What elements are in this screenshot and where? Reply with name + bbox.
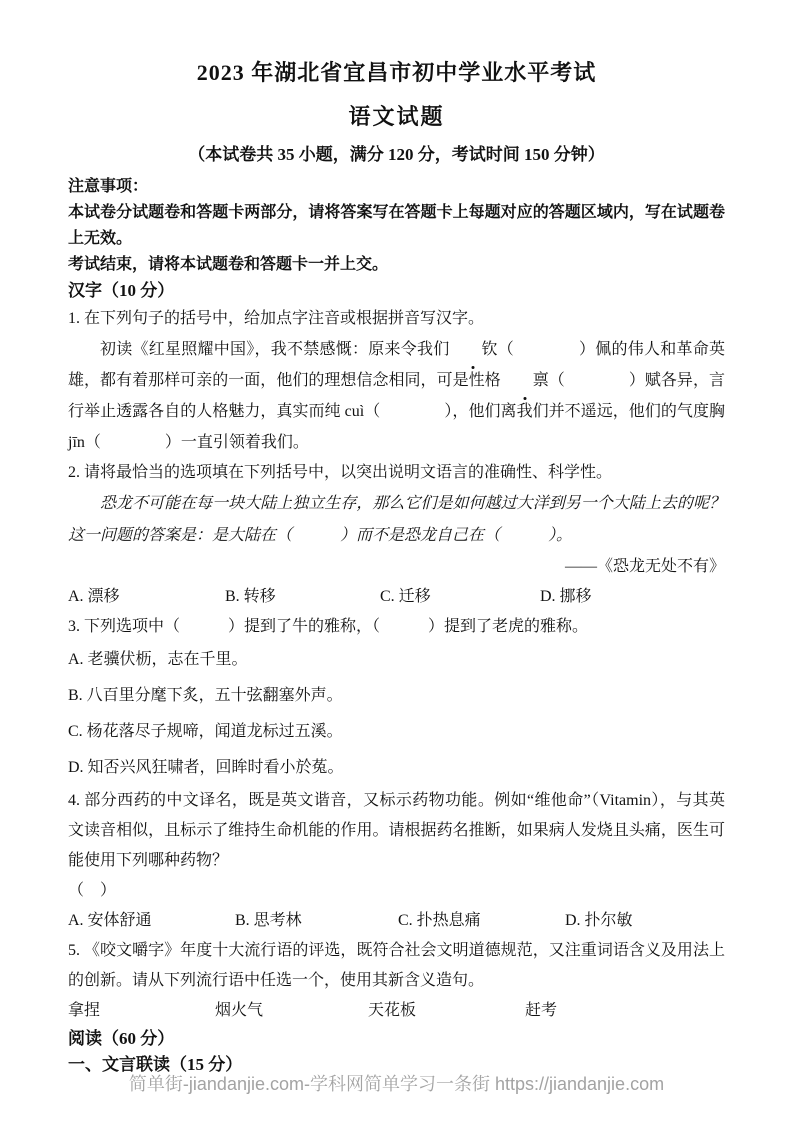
notice-line-2: 考试结束，请将本试题卷和答题卡一并上交。 xyxy=(68,252,725,278)
q2-options-row: A. 漂移 B. 转移 C. 迁移 D. 挪移 xyxy=(68,582,725,612)
q4-option-d: D. 扑尔敏 xyxy=(565,906,633,936)
q2-option-b: B. 转移 xyxy=(225,582,380,612)
exam-paper-page: 2023 年湖北省宜昌市初中学业水平考试 语文试题 （本试卷共 35 小题，满分… xyxy=(0,0,793,1122)
q5-words-row: 拿捏 烟火气 天花板 赶考 xyxy=(68,996,725,1026)
q5-word-2: 烟火气 xyxy=(215,996,368,1026)
q1-dotted-char-qin: 钦 xyxy=(449,334,497,365)
footer-watermark: 简单街-jiandanjie.com-学科网简单学习一条街 https://ji… xyxy=(0,1072,793,1096)
q1-passage-part-1: 初读《红星照耀中国》，我不禁感慨：原来令我们 xyxy=(100,341,449,358)
exam-content: 2023 年湖北省宜昌市初中学业水平考试 语文试题 （本试卷共 35 小题，满分… xyxy=(0,0,793,1078)
q4-option-a: A. 安体舒通 xyxy=(68,906,235,936)
q3-option-d: D. 知否兴风狂啸者，回眸时看小於菟。 xyxy=(68,750,725,786)
q1-stem: 1. 在下列句子的括号中，给加点字注音或根据拼音写汉字。 xyxy=(68,304,725,334)
q4-option-c: C. 扑热息痛 xyxy=(398,906,565,936)
q3-option-b: B. 八百里分麾下炙，五十弦翻塞外声。 xyxy=(68,678,725,714)
section-hanzi-title: 汉字（10 分） xyxy=(68,278,725,304)
q5-stem: 5. 《咬文嚼字》年度十大流行语的评选，既符合社会文明道德规范，又注重词语含义及… xyxy=(68,936,725,996)
q5-word-1: 拿捏 xyxy=(68,996,215,1026)
section-reading-title: 阅读（60 分） xyxy=(68,1026,725,1052)
q5-word-3: 天花板 xyxy=(368,996,525,1026)
q5-word-4: 赶考 xyxy=(525,996,557,1026)
q4-stem: 4. 部分西药的中文译名，既是英文谐音，又标示药物功能。例如“维他命”（Vita… xyxy=(68,786,725,876)
notice-heading: 注意事项： xyxy=(68,174,725,200)
notice-section: 注意事项： 本试卷分试题卷和答题卡两部分，请将答案写在答题卡上每题对应的答题区域… xyxy=(68,174,725,278)
exam-title: 2023 年湖北省宜昌市初中学业水平考试 xyxy=(68,58,725,88)
q1-dotted-char-bing: 禀 xyxy=(501,365,549,396)
q3-option-c: C. 杨花落尽子规啼，闻道龙标过五溪。 xyxy=(68,714,725,750)
q1-passage: 初读《红星照耀中国》，我不禁感慨：原来令我们钦（ ）佩的伟人和革命英雄，都有着那… xyxy=(68,334,725,458)
q3-stem: 3. 下列选项中（ ）提到了牛的雅称，（ ）提到了老虎的雅称。 xyxy=(68,612,725,642)
q2-passage: 恐龙不可能在每一块大陆上独立生存，那么它们是如何越过大洋到另一个大陆上去的呢？这… xyxy=(68,488,725,552)
exam-meta: （本试卷共 35 小题，满分 120 分，考试时间 150 分钟） xyxy=(68,142,725,168)
notice-line-1: 本试卷分试题卷和答题卡两部分，请将答案写在答题卡上每题对应的答题区域内，写在试题… xyxy=(68,200,725,252)
q3-option-a: A. 老骥伏枥，志在千里。 xyxy=(68,642,725,678)
q2-option-c: C. 迁移 xyxy=(380,582,540,612)
q2-option-a: A. 漂移 xyxy=(68,582,225,612)
q2-stem: 2. 请将最恰当的选项填在下列括号中，以突出说明文语言的准确性、科学性。 xyxy=(68,458,725,488)
q2-option-d: D. 挪移 xyxy=(540,582,592,612)
q4-answer-blank: （ ） xyxy=(68,876,725,906)
q2-source-attribution: ——《恐龙无处不有》 xyxy=(68,552,725,582)
q4-options-row: A. 安体舒通 B. 思考林 C. 扑热息痛 D. 扑尔敏 xyxy=(68,906,725,936)
q4-option-b: B. 思考林 xyxy=(235,906,398,936)
exam-subject: 语文试题 xyxy=(68,102,725,132)
